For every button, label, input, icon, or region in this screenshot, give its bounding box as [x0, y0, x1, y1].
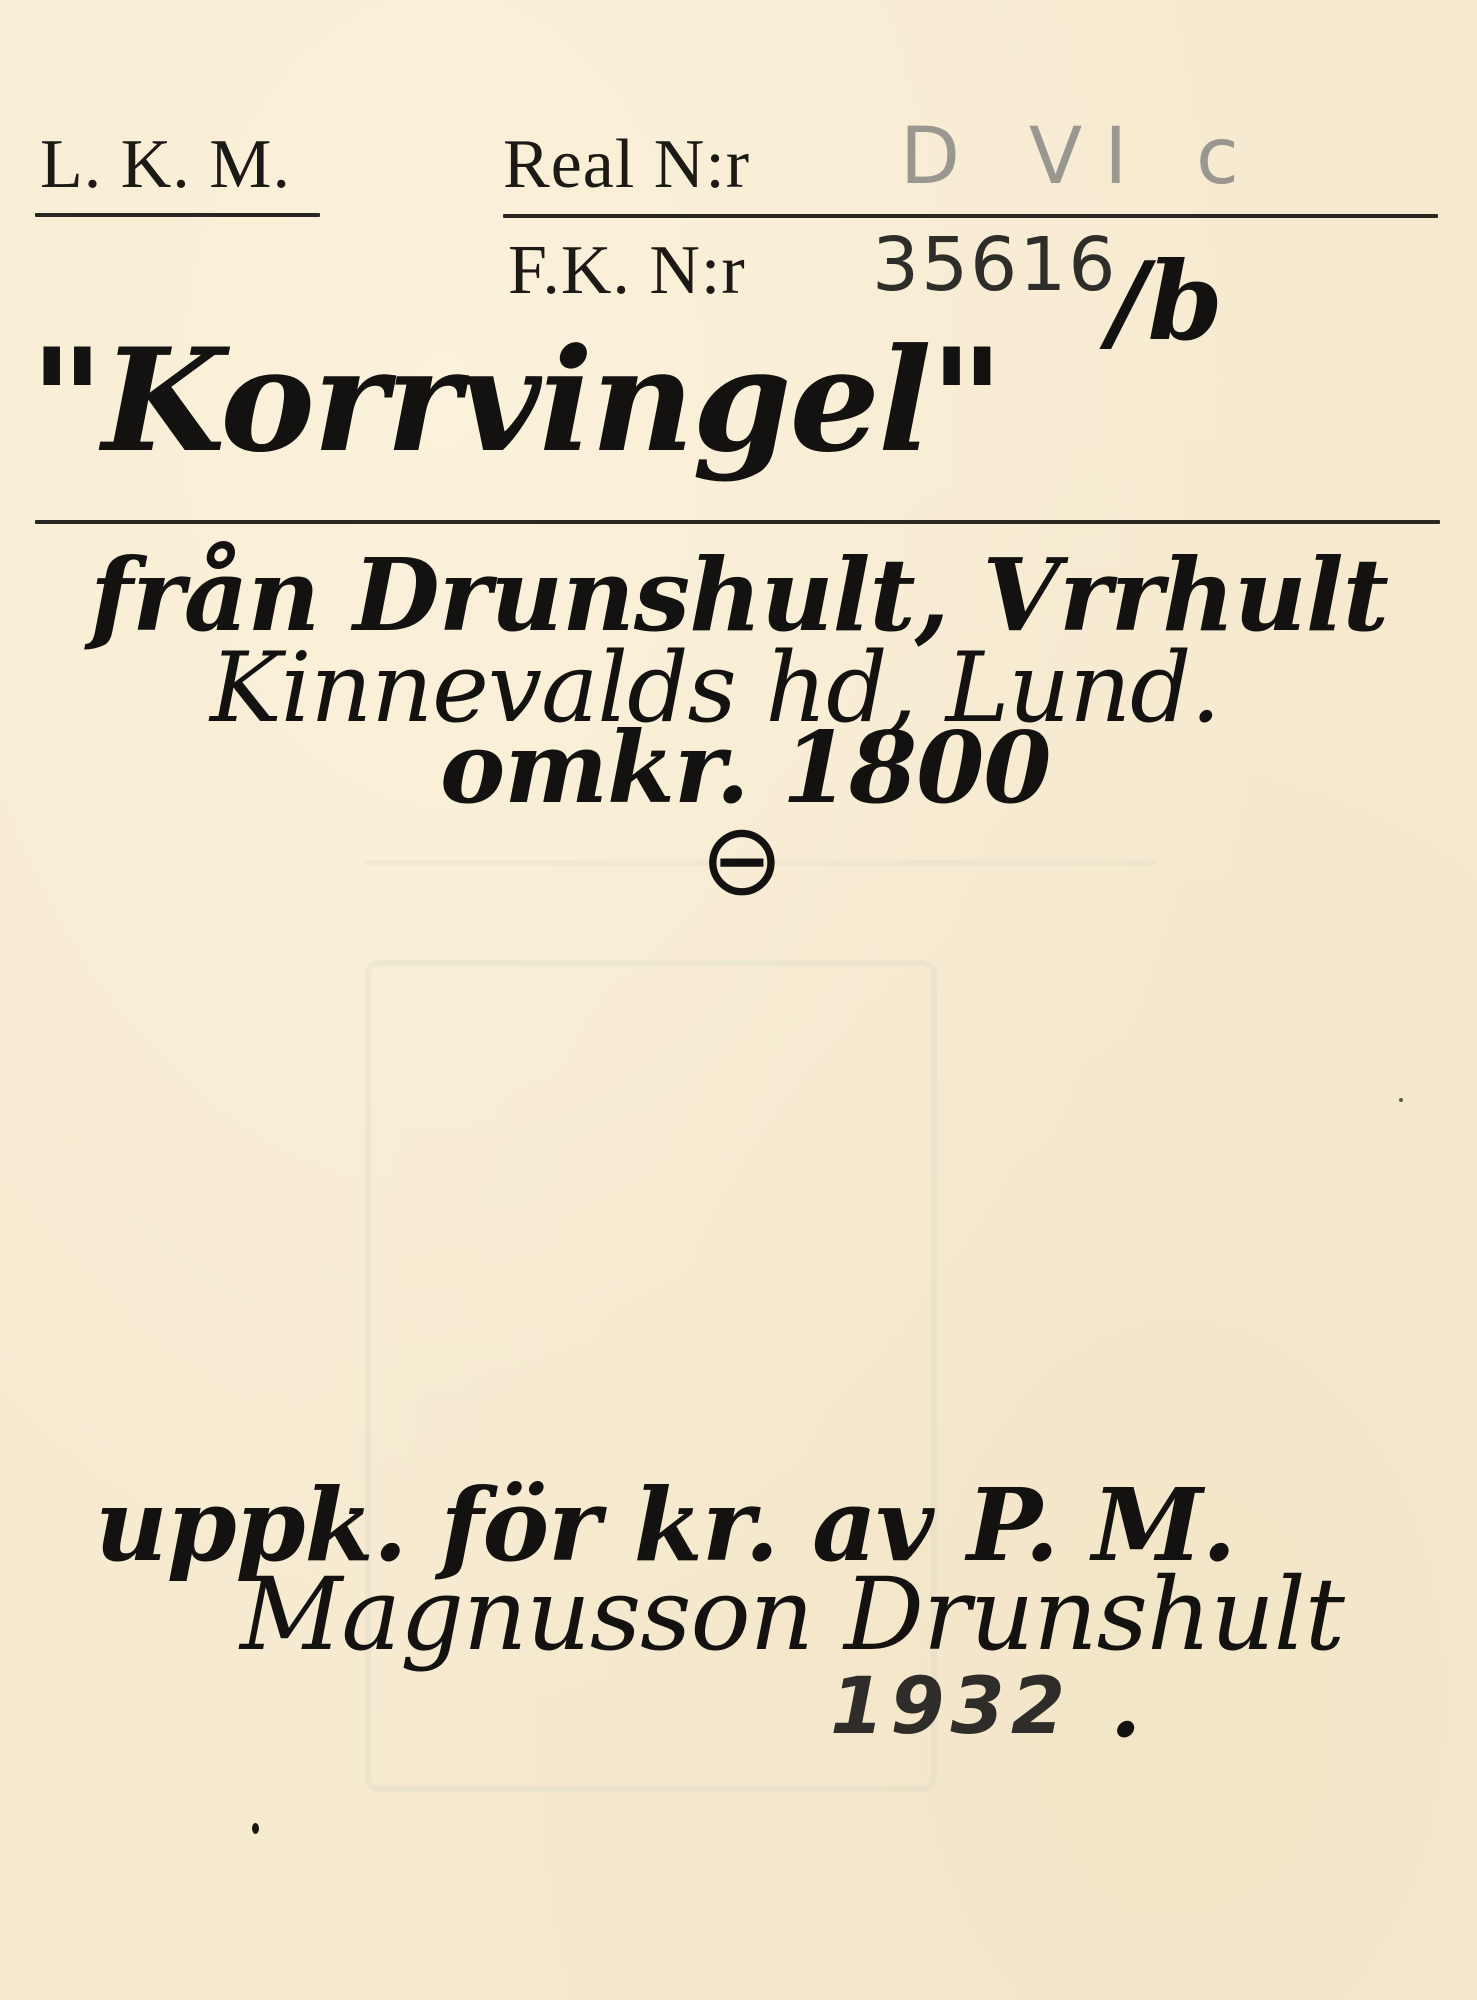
acquisition-trailing-dot: . [1110, 1660, 1141, 1750]
fk-number-value: 35616 [872, 228, 1117, 302]
object-title: "Korrvingel" [30, 330, 1002, 472]
struck-mark: ⊖ [700, 810, 784, 910]
institution-label: L. K. M. [40, 130, 291, 200]
provenance-line-1: från Drunshult, Vrrhult [90, 545, 1388, 645]
institution-underline [35, 213, 320, 217]
ink-speck [252, 1823, 259, 1834]
title-underline [35, 520, 1440, 524]
ink-speck [1399, 1098, 1403, 1102]
real-number-label: Real N:r [503, 130, 750, 200]
real-number-value: D VI c [900, 118, 1261, 196]
fk-number-suffix: /b [1108, 248, 1223, 356]
acquisition-year: 1932 [830, 1668, 1071, 1746]
real-number-underline [503, 214, 1438, 218]
fk-number-label: F.K. N:r [508, 236, 746, 306]
catalog-card: L. K. M. Real N:r D VI c F.K. N:r 35616 … [0, 0, 1477, 2000]
acquisition-line-2: Magnusson Drunshult [240, 1565, 1344, 1665]
